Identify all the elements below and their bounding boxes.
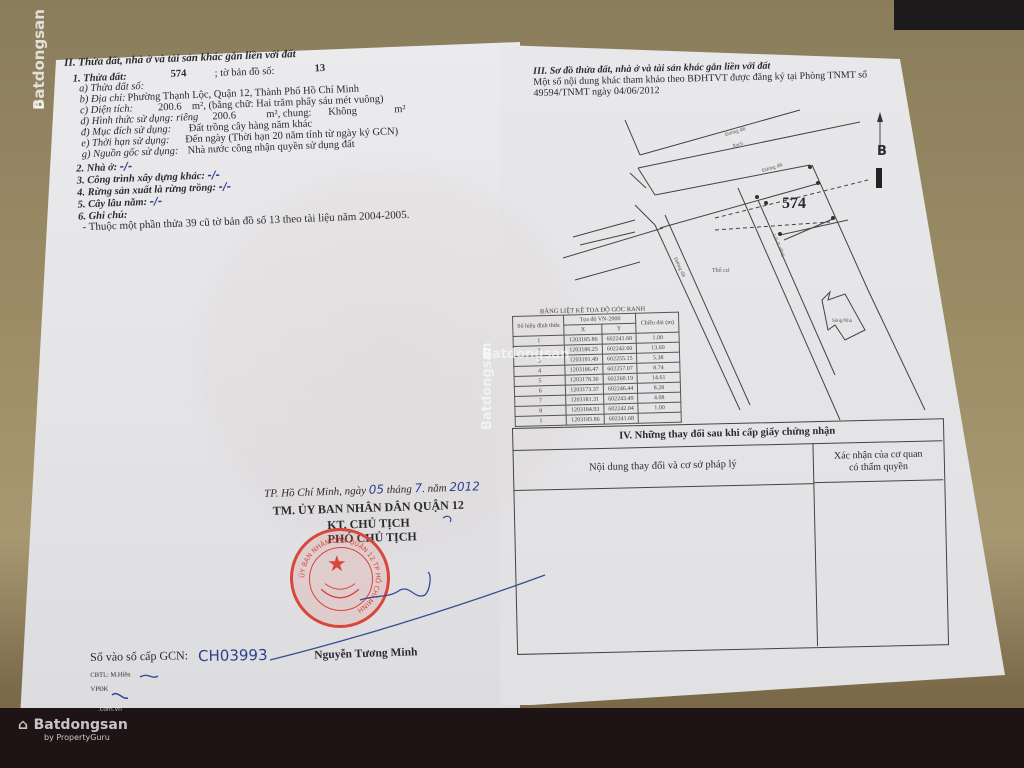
background-dark-bottom xyxy=(0,708,1024,768)
watermark-vertical-left: Batdongsan xyxy=(30,9,48,110)
watermark-brand-center-h: Batdongsan xyxy=(482,347,569,362)
watermark-domain: .com.vn xyxy=(98,706,122,713)
north-arrow-label: B xyxy=(877,146,887,157)
watermark-brand-bottom: Batdongsan xyxy=(34,717,128,733)
changes-col-content: Nội dung thay đổi và cơ sở pháp lý xyxy=(512,443,814,491)
watermark-house-icon: ⌂ xyxy=(18,717,28,733)
cell-x: 1203185.86 xyxy=(567,414,605,425)
parcel-map xyxy=(0,0,1024,768)
col-length: Chiều dài (m) xyxy=(636,312,679,333)
col-point: Số hiệu đỉnh thửa xyxy=(513,315,565,336)
coords-table: Số hiệu đỉnh thửa Tọa độ VN-2000 Chiều d… xyxy=(512,312,682,427)
changes-col-approval: Xác nhận của cơ quan có thẩm quyền xyxy=(813,440,943,483)
cell-y: 602241.68 xyxy=(604,413,639,424)
map-area-label: Thổ cư xyxy=(712,266,729,277)
watermark-logo-icon: ⌂ xyxy=(34,96,44,112)
map-parcel-number: 574 xyxy=(782,198,806,209)
watermark-horizontal-center: Batdongsan xyxy=(482,347,569,362)
watermark-brand: Batdongsan xyxy=(30,9,48,110)
road-label-6: Sông/Nhà xyxy=(832,316,852,327)
watermark-by: by PropertyGuru xyxy=(44,733,128,742)
changes-section: IV. Những thay đổi sau khi cấp giấy chứn… xyxy=(512,418,947,653)
watermark-bottom-left: ⌂ Batdongsan .com.vn by PropertyGuru xyxy=(18,714,128,742)
cell-point: 1 xyxy=(515,415,567,426)
cell-length xyxy=(639,412,682,423)
